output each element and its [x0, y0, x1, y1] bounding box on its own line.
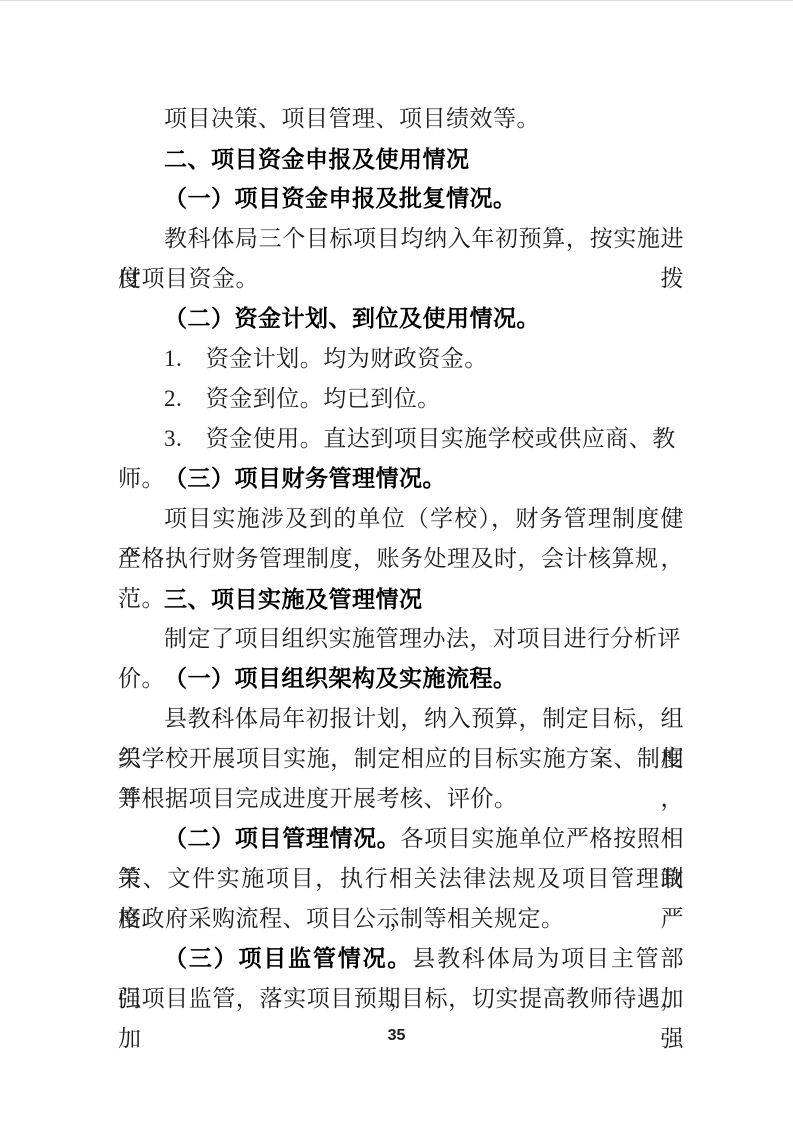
paragraph-line: 教科体局三个目标项目均纳入年初预算，按实施进度拨	[118, 219, 684, 259]
heading-sub-3-1: （一）项目组织架构及实施流程。	[118, 659, 684, 699]
paragraph-line: 严格执行财务管理制度，账务处理及时，会计核算规范。	[118, 539, 684, 579]
heading-section-2: 二、项目资金申报及使用情况	[118, 139, 684, 179]
heading-sub-2-3: （三）项目财务管理情况。	[118, 459, 684, 499]
document-page: 项目决策、项目管理、项目绩效等。 二、项目资金申报及使用情况 （一）项目资金申报…	[0, 0, 793, 1123]
paragraph-line: 县教科体局年初报计划，纳入预算，制定目标，组织相	[118, 699, 684, 739]
paragraph-with-inline-heading: （二）项目管理情况。各项目实施单位严格按照相关政	[118, 819, 684, 859]
heading-sub-3-2-inline: （二）项目管理情况。	[164, 826, 400, 851]
paragraph-line: 强项目监管，落实项目预期目标，切实提高教师待遇，加强	[118, 979, 684, 1019]
list-item-3: 3. 资金使用。直达到项目实施学校或供应商、教师。	[118, 419, 684, 459]
document-body: 项目决策、项目管理、项目绩效等。 二、项目资金申报及使用情况 （一）项目资金申报…	[118, 99, 684, 1019]
paragraph-line: 关学校开展项目实施，制定相应的目标实施方案、制度等，	[118, 739, 684, 779]
paragraph-line: 策、文件实施项目，执行相关法律法规及项目管理制度，严	[118, 859, 684, 899]
list-item-1: 1. 资金计划。均为财政资金。	[118, 339, 684, 379]
list-item-2: 2. 资金到位。均已到位。	[118, 379, 684, 419]
paragraph-line: 项目实施涉及到的单位（学校），财务管理制度健全，	[118, 499, 684, 539]
paragraph-tail-line: 项目决策、项目管理、项目绩效等。	[118, 99, 684, 139]
heading-sub-2-2: （二）资金计划、到位及使用情况。	[118, 299, 684, 339]
heading-sub-2-1: （一）项目资金申报及批复情况。	[118, 179, 684, 219]
paragraph-line: 制定了项目组织实施管理办法，对项目进行分析评价。	[118, 619, 684, 659]
page-number: 35	[0, 1025, 793, 1047]
paragraph-with-inline-heading: （三）项目监管情况。县教科体局为项目主管部门，加	[118, 939, 684, 979]
heading-sub-3-3-inline: （三）项目监管情况。	[164, 946, 412, 971]
heading-section-3: 三、项目实施及管理情况	[118, 579, 684, 619]
